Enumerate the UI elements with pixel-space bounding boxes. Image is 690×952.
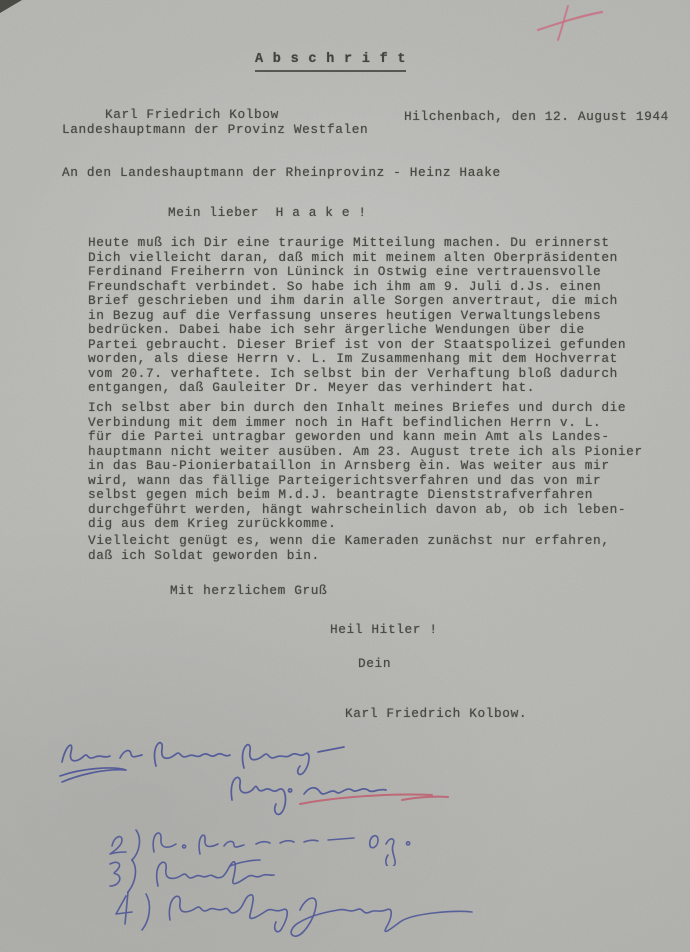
paragraph-3: Vielleicht genügt es, wenn die Kameraden…	[88, 534, 610, 563]
letter-line: daß ich Soldat geworden bin.	[88, 549, 610, 564]
letter-line: in das Bau-Pionierbataillon in Arnsberg …	[88, 459, 643, 474]
page-corner-shadow	[0, 0, 22, 13]
letter-line: hauptmann nicht weiter ausüben. Am 23. A…	[88, 445, 643, 460]
closing-greeting: Mit herzlichem Gruß	[170, 583, 327, 598]
handwritten-line-4	[96, 850, 396, 898]
letter-line: dig aus dem Krieg zurückkomme.	[88, 517, 643, 532]
letter-line: Partei gebraucht. Dieser Brief ist von d…	[88, 338, 626, 353]
red-cross-mark	[532, 2, 608, 42]
letter-line: worden, als diese Herrn v. L. Im Zusamme…	[88, 352, 626, 367]
signature-typed: Karl Friedrich Kolbow.	[345, 706, 527, 721]
letter-line: Freundschaft verbindet. So habe ich ihm …	[88, 280, 626, 295]
sender-role: Landeshauptmann der Provinz Westfalen	[62, 122, 368, 137]
sender-name: Karl Friedrich Kolbow	[105, 107, 279, 122]
letter-line: vom 20.7. verhaftete. Ich selbst bin der…	[88, 367, 626, 382]
handwritten-line-5	[104, 884, 534, 946]
letter-line: entgangen, daß Gauleiter Dr. Meyer das v…	[88, 381, 626, 396]
letter-line: Ferdinand Freiherrn von Lüninck in Ostwi…	[88, 265, 626, 280]
salutation: Mein lieber H a a k e !	[168, 205, 367, 220]
red-underline	[300, 794, 448, 804]
letter-line: Heute muß ich Dir eine traurige Mitteilu…	[88, 236, 626, 251]
addressee-line: An den Landeshauptmann der Rheinprovinz …	[62, 165, 501, 180]
dateline: Hilchenbach, den 12. August 1944	[404, 109, 669, 124]
letter-line: für die Partei untragbar geworden und ka…	[88, 430, 643, 445]
letter-line: Dich vielleicht daran, daß mich mit mein…	[88, 251, 626, 266]
letter-line: wird, wann das fällige Parteigerichtsver…	[88, 474, 643, 489]
letter-title: A b s c h r i f t	[255, 52, 406, 72]
paragraph-1: Heute muß ich Dir eine traurige Mitteilu…	[88, 236, 626, 396]
letter-line: Ich selbst aber bin durch den Inhalt mei…	[88, 401, 643, 416]
closing-salute: Heil Hitler !	[330, 622, 438, 637]
closing-dein: Dein	[358, 656, 391, 671]
handwritten-line-2	[196, 766, 486, 822]
letter-line: bedrücken. Dabei habe ich sehr ärgerlich…	[88, 323, 626, 338]
handwritten-line-1	[52, 728, 402, 792]
letter-line: durchgeführt werden, hängt wahrscheinlic…	[88, 503, 643, 518]
letter-line: selbst gegen mich beim M.d.J. beantragte…	[88, 488, 643, 503]
scanned-letter-page: A b s c h r i f t Karl Friedrich Kolbow …	[0, 0, 690, 952]
letter-line: Vielleicht genügt es, wenn die Kameraden…	[88, 534, 610, 549]
paragraph-2: Ich selbst aber bin durch den Inhalt mei…	[88, 401, 643, 532]
letter-line: in Bezug auf die Verfassung unseres heut…	[88, 309, 626, 324]
letter-line: Verbindung mit dem immer noch in Haft be…	[88, 416, 643, 431]
letter-line: Brief geschrieben und ihm darin alle Sor…	[88, 294, 626, 309]
handwritten-line-3	[96, 818, 466, 866]
